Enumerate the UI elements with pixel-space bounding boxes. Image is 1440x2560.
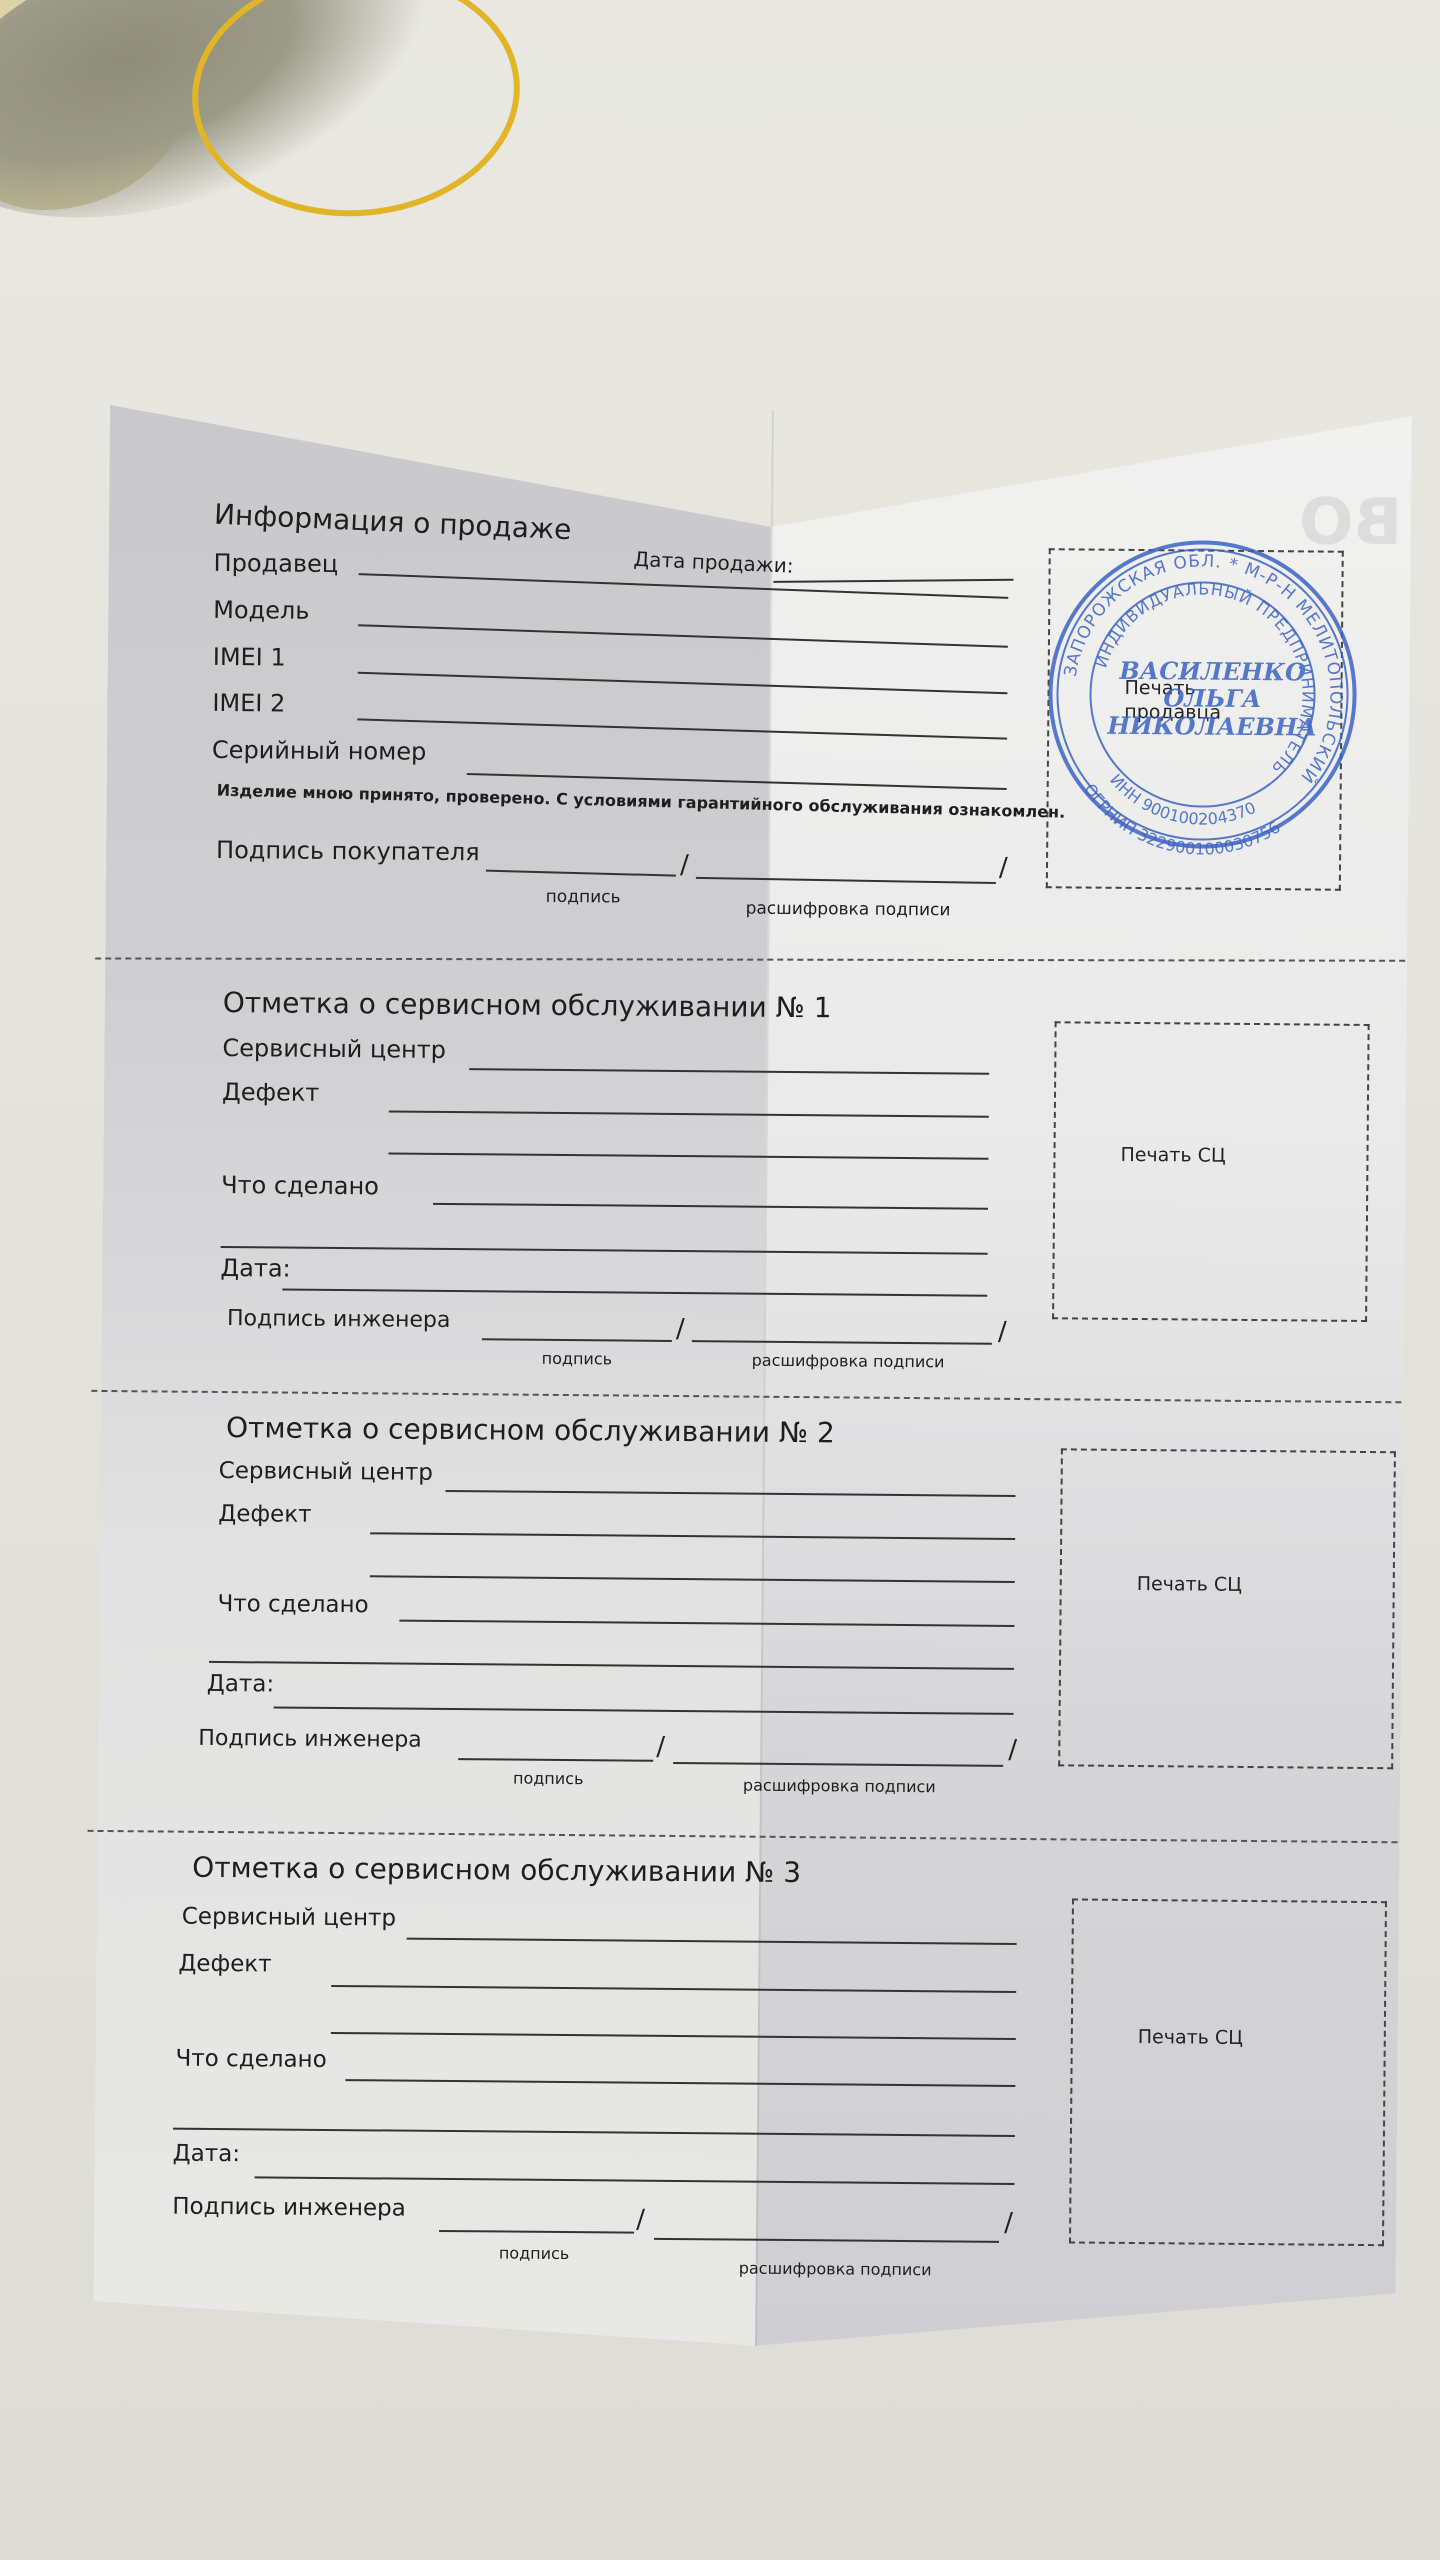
date-label: Дата: <box>220 1254 290 1283</box>
service-record-3: Отметка о сервисном обслуживании № 3 Сер… <box>110 405 1410 416</box>
sc-stamp-area: Печать СЦ <box>1069 1898 1387 2246</box>
field-label-serial: Серийный номер <box>212 736 427 766</box>
date-label: Дата: <box>173 2141 241 2168</box>
service-record-2: Отметка о сервисном обслуживании № 2 Сер… <box>110 405 1410 416</box>
service-center-label: Сервисный центр <box>219 1458 433 1486</box>
separator-slash: / <box>999 853 1008 883</box>
rubber-band <box>184 0 528 227</box>
decryption-caption: расшифровка подписи <box>752 1351 945 1372</box>
decryption-caption: расшифровка подписи <box>743 1776 936 1797</box>
engineer-signature-label: Подпись инженера <box>172 2194 406 2222</box>
separator-slash: / <box>1008 1735 1017 1765</box>
sc-stamp-caption: Печать СЦ <box>1137 1573 1242 1596</box>
svg-text:ОЛЬГА: ОЛЬГА <box>1163 683 1261 713</box>
signature-caption: подпись <box>546 887 621 908</box>
svg-text:ВАСИЛЕНКО: ВАСИЛЕНКО <box>1118 656 1306 687</box>
sc-stamp-caption: Печать СЦ <box>1120 1144 1225 1167</box>
separator-slash: / <box>656 1732 665 1762</box>
signature-caption: подпись <box>499 2243 570 2263</box>
service-record-title: Отметка о сервисном обслуживании № 3 <box>192 1851 801 1889</box>
separator-slash: / <box>680 850 689 880</box>
field-label-imei2: IMEI 2 <box>212 689 285 718</box>
seller-seal-stamp: ЗАПОРОЖСКАЯ ОБЛ. * М-Р-Н МЕЛИТОПОЛЬСКИЙ … <box>1041 533 1364 856</box>
field-label-seller: Продавец <box>214 549 339 578</box>
service-center-label: Сервисный центр <box>222 1034 446 1064</box>
defect-label: Дефект <box>178 1951 271 1978</box>
separator-slash: / <box>676 1314 685 1344</box>
work-done-label: Что сделано <box>221 1171 379 1200</box>
sc-stamp-area: Печать СЦ <box>1058 1448 1396 1769</box>
sc-stamp-area: Печать СЦ <box>1052 1021 1370 1322</box>
separator-slash: / <box>636 2205 645 2235</box>
field-label-model: Модель <box>213 596 309 625</box>
service-record-title: Отметка о сервисном обслуживании № 2 <box>226 1411 835 1449</box>
work-done-label: Что сделано <box>217 1591 368 1618</box>
service-center-label: Сервисный центр <box>182 1904 396 1932</box>
service-record-title: Отметка о сервисном обслуживании № 1 <box>223 986 832 1024</box>
sale-info-section: Информация о продаже Дата продажи: Прода… <box>110 405 1410 416</box>
engineer-signature-label: Подпись инженера <box>198 1726 422 1753</box>
service-record-1: Отметка о сервисном обслуживании № 1 Сер… <box>110 405 1410 416</box>
defect-label: Дефект <box>222 1078 320 1107</box>
separator-slash: / <box>1004 2208 1013 2238</box>
buyer-signature-label: Подпись покупателя <box>216 836 480 866</box>
signature-caption: подпись <box>542 1349 613 1369</box>
field-label-imei1: IMEI 1 <box>213 643 286 672</box>
decryption-caption: расшифровка подписи <box>739 2259 932 2280</box>
defect-label: Дефект <box>218 1501 311 1528</box>
signature-caption: подпись <box>513 1769 584 1789</box>
decryption-caption: расшифровка подписи <box>746 899 951 921</box>
engineer-signature-label: Подпись инженера <box>227 1306 451 1333</box>
sc-stamp-caption: Печать СЦ <box>1138 2026 1243 2049</box>
date-label: Дата: <box>207 1671 275 1698</box>
separator-slash: / <box>998 1317 1007 1347</box>
warranty-card: ВО Информация о продаже Дата продажи: Пр… <box>93 405 1410 2351</box>
svg-text:НИКОЛАЕВНА: НИКОЛАЕВНА <box>1106 711 1317 742</box>
work-done-label: Что сделано <box>175 2046 326 2073</box>
